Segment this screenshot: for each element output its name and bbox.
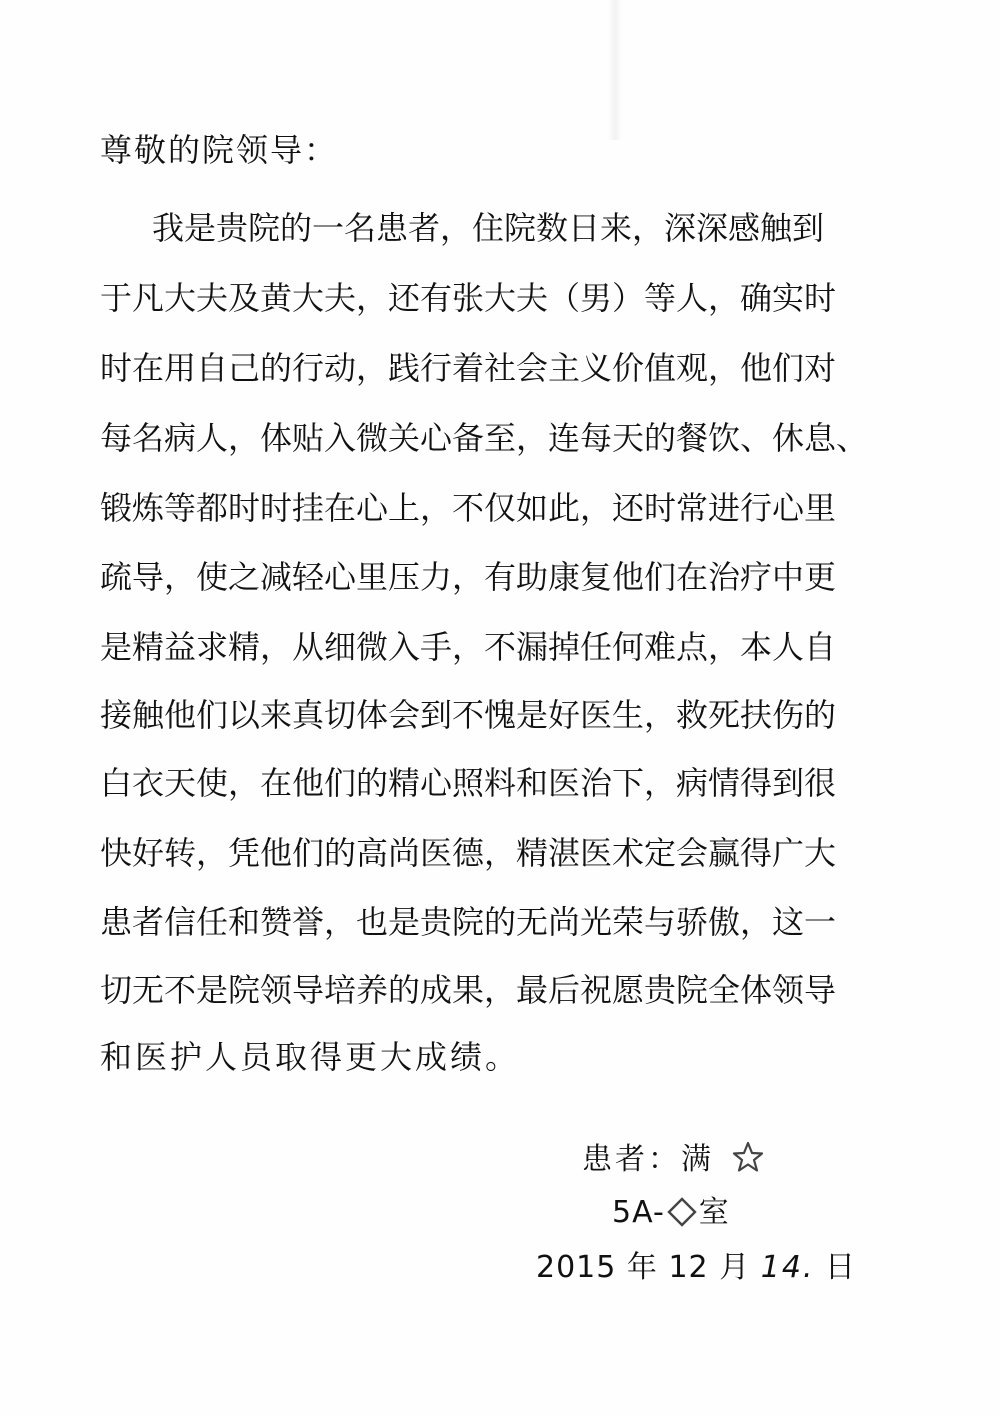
date-day-unit: 日	[825, 1250, 856, 1285]
body-line: 切无不是院领导培养的成果，最后祝愿贵院全体领导	[100, 970, 820, 1010]
room-prefix: 5A-	[612, 1195, 665, 1230]
date-year-unit: 年	[627, 1250, 658, 1285]
signature-date: 2015 年 12 月 14. 日	[536, 1248, 856, 1288]
signature-name: 患者：满	[582, 1140, 764, 1180]
letter-page: 尊敬的院领导： 我是贵院的一名患者，住院数日来，深深感触到 于凡大夫及黄大夫，还…	[0, 0, 1000, 1416]
body-line: 于凡大夫及黄大夫，还有张大夫（男）等人，确实时	[100, 278, 820, 318]
date-year: 2015	[536, 1250, 616, 1285]
body-line: 白衣天使，在他们的精心照料和医治下，病情得到很	[100, 763, 820, 803]
diamond-icon	[667, 1197, 697, 1227]
date-month-unit: 月	[719, 1250, 750, 1285]
body-line: 和医护人员取得更大成绩。	[100, 1037, 820, 1077]
signature-label: 患者：满	[582, 1142, 714, 1177]
date-day-handwritten: 14.	[761, 1250, 815, 1285]
signature-room: 5A-室	[612, 1193, 730, 1233]
body-line: 快好转，凭他们的高尚医德，精湛医术定会赢得广大	[100, 833, 820, 873]
body-line: 患者信任和赞誉，也是贵院的无尚光荣与骄傲，这一	[100, 902, 820, 942]
room-suffix: 室	[699, 1195, 730, 1230]
body-line: 锻炼等都时时挂在心上，不仅如此，还时常进行心里	[100, 488, 820, 528]
star-icon	[732, 1141, 764, 1173]
body-line: 是精益求精，从细微入手，不漏掉任何难点，本人自	[100, 627, 820, 667]
body-line: 每名病人，体贴入微关心备至，连每天的餐饮、休息、	[100, 418, 820, 458]
salutation: 尊敬的院领导：	[100, 130, 338, 170]
date-month: 12	[668, 1250, 708, 1285]
scan-artifact	[608, 0, 622, 140]
body-line: 时在用自己的行动，践行着社会主义价值观，他们对	[100, 348, 820, 388]
body-line: 疏导，使之减轻心里压力，有助康复他们在治疗中更	[100, 557, 820, 597]
body-line: 接触他们以来真切体会到不愧是好医生，救死扶伤的	[100, 695, 820, 735]
body-line: 我是贵院的一名患者，住院数日来，深深感触到	[152, 208, 820, 248]
